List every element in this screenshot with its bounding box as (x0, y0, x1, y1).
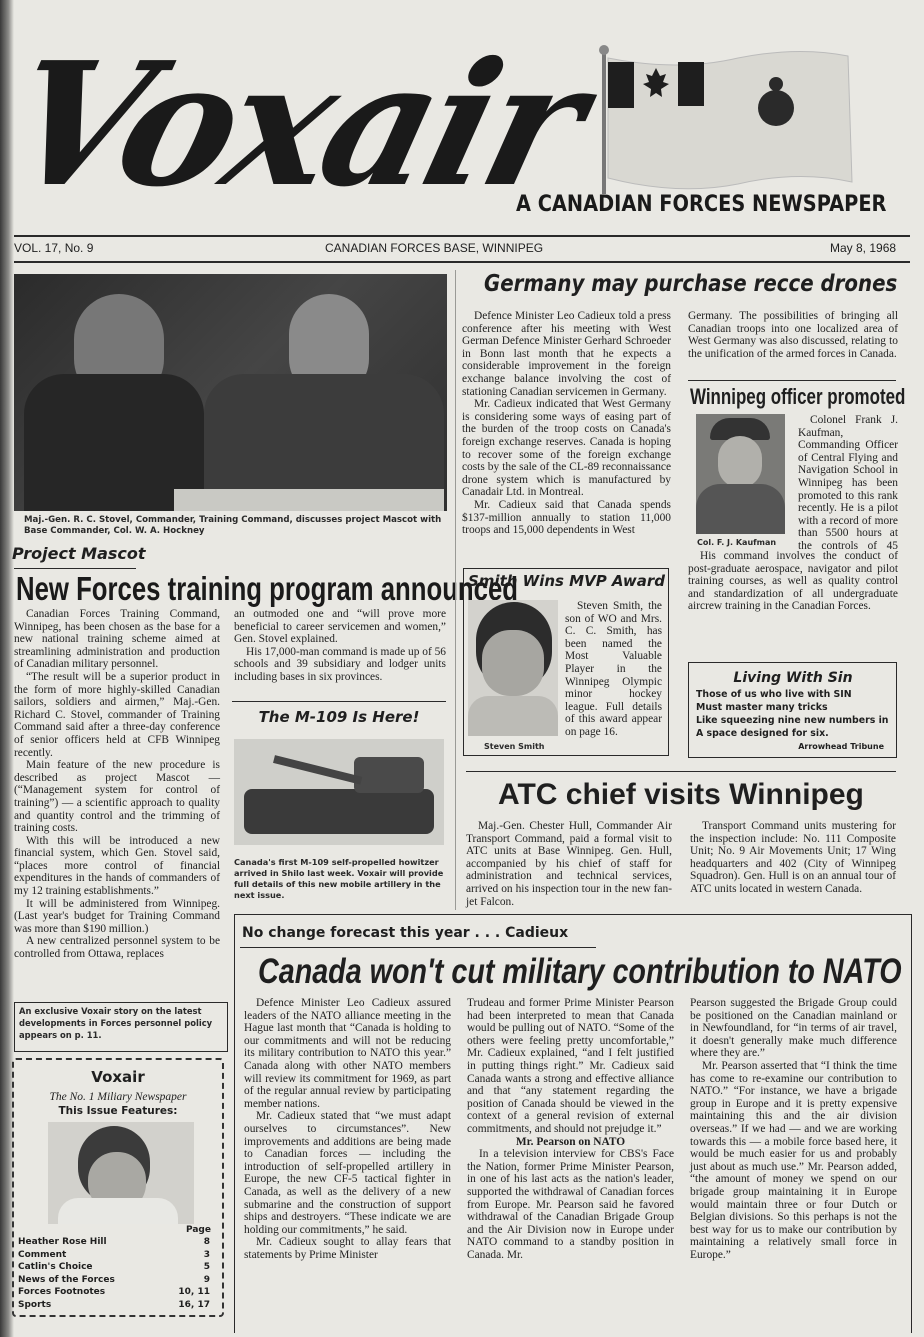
officer-photo (696, 414, 785, 534)
mascot-column-2: an outmoded one and “will prove more ben… (234, 608, 446, 684)
masthead-rule-top (14, 235, 910, 237)
paragraph: Steven Smith, the son of WO and Mrs. C. … (565, 600, 662, 739)
nato-headline: Canada won't cut military contribution t… (258, 952, 902, 992)
atc-rule (466, 771, 896, 772)
paragraph: Germany. The possibilities of bringing a… (688, 310, 898, 360)
poem-line: A space designed for six. (696, 727, 892, 740)
exclusive-story-text: An exclusive Voxair story on the latest … (19, 1005, 223, 1041)
index-item-page: 8 (204, 1236, 210, 1249)
drones-headline: Germany may purchase recce drones (484, 271, 897, 297)
nato-column-1: Defence Minister Leo Cadieux assured lea… (244, 997, 451, 1261)
drones-column-1: Defence Minister Leo Cadieux told a pres… (462, 310, 671, 537)
index-page-label: Page (186, 1225, 211, 1235)
paragraph: Mr. Cadieux said that Canada spends $137… (462, 499, 671, 537)
paragraph: “The result will be a superior product i… (14, 671, 220, 759)
poem-line: Like squeezing nine new numbers in (696, 714, 892, 727)
nato-column-2: Trudeau and former Prime Minister Pearso… (467, 997, 674, 1261)
atc-column-1: Maj.-Gen. Chester Hull, Commander Air Tr… (466, 820, 672, 908)
officer-headline: Winnipeg officer promoted (690, 384, 905, 410)
officer-text-wrap: Colonel Frank J. Kaufman, Commanding Off… (798, 414, 898, 550)
nato-kicker: No change forecast this year . . . Cadie… (242, 925, 568, 941)
paragraph: Main feature of the new procedure is des… (14, 759, 220, 835)
mvp-photo (468, 600, 558, 736)
m109-photo (234, 739, 444, 845)
paragraph: His 17,000-man command is made up of 56 … (234, 646, 446, 684)
masthead-tagline: A CANADIAN FORCES NEWSPAPER (516, 192, 886, 217)
paragraph: an outmoded one and “will prove more ben… (234, 608, 446, 646)
paragraph: His command involves the conduct of post… (688, 550, 898, 613)
paragraph: Defence Minister Leo Cadieux assured lea… (244, 997, 451, 1110)
mvp-headline: Smith Wins MVP Award (468, 572, 665, 590)
index-item: Heather Rose Hill8 (18, 1236, 210, 1249)
index-item-page: 16, 17 (178, 1299, 210, 1312)
index-item-label: Catlin's Choice (18, 1261, 93, 1274)
nato-kicker-rule (240, 947, 596, 948)
officer-photo-caption: Col. F. J. Kaufman (697, 537, 776, 548)
m109-headline: The M-109 Is Here! (232, 708, 446, 726)
masthead-logo: Voxair (0, 40, 595, 210)
index-item-page: 5 (204, 1261, 210, 1274)
index-item: Comment3 (18, 1249, 210, 1262)
paragraph: Mr. Pearson asserted that “I think the t… (690, 1060, 897, 1262)
paragraph: Transport Command units mustering for th… (690, 820, 896, 896)
index-item-label: News of the Forces (18, 1274, 115, 1287)
m109-rule (232, 701, 446, 702)
index-item: Catlin's Choice5 (18, 1261, 210, 1274)
paragraph: It will be administered from Winnipeg. (… (14, 898, 220, 936)
poem-source: Arrowhead Tribune (688, 740, 884, 753)
nato-column-3: Pearson suggested the Brigade Group coul… (690, 997, 897, 1261)
mascot-headline: New Forces training program announced (16, 570, 518, 608)
index-item-label: Comment (18, 1249, 66, 1262)
index-item: News of the Forces9 (18, 1274, 210, 1287)
flag-icon (598, 44, 858, 194)
paragraph: Defence Minister Leo Cadieux told a pres… (462, 310, 671, 398)
paragraph: Pearson suggested the Brigade Group coul… (690, 997, 897, 1060)
mascot-kicker: Project Mascot (12, 544, 146, 563)
mascot-kicker-rule (14, 568, 136, 569)
dateline-location: CANADIAN FORCES BASE, WINNIPEG (325, 241, 543, 255)
mvp-text: Steven Smith, the son of WO and Mrs. C. … (565, 600, 662, 739)
nato-subhead: Mr. Pearson on NATO (467, 1136, 674, 1149)
index-subtitle: The No. 1 Miliary Newspaper (14, 1091, 222, 1103)
m109-caption: Canada's first M-109 self-propelled howi… (234, 857, 446, 901)
index-features-label: This Issue Features: (14, 1105, 222, 1117)
atc-headline: ATC chief visits Winnipeg (498, 778, 864, 812)
atc-column-2: Transport Command units mustering for th… (690, 820, 896, 896)
index-title: Voxair (14, 1068, 222, 1086)
index-item-page: 10, 11 (178, 1286, 210, 1299)
index-item: Forces Footnotes10, 11 (18, 1286, 210, 1299)
poem-line: Must master many tricks (696, 701, 892, 714)
lead-photo (14, 274, 447, 511)
paragraph: In a television interview for CBS's Face… (467, 1148, 674, 1261)
index-item-label: Forces Footnotes (18, 1286, 105, 1299)
index-item-label: Sports (18, 1299, 51, 1312)
mvp-photo-caption: Steven Smith (484, 741, 545, 752)
index-item: Sports16, 17 (18, 1299, 210, 1312)
masthead-rule-bottom (14, 261, 910, 263)
paragraph: Mr. Cadieux stated that “we must adapt o… (244, 1110, 451, 1236)
column-divider (455, 270, 456, 910)
paragraph: Mr. Cadieux indicated that West Germany … (462, 398, 671, 499)
lead-photo-caption: Maj.-Gen. R. C. Stovel, Commander, Train… (24, 515, 448, 537)
officer-text-full: His command involves the conduct of post… (688, 550, 898, 613)
paragraph: Maj.-Gen. Chester Hull, Commander Air Tr… (466, 820, 672, 908)
poem-line: Those of us who live with SIN (696, 688, 892, 701)
paragraph: Canadian Forces Training Command, Winnip… (14, 608, 220, 671)
poem-lines: Those of us who live with SIN Must maste… (696, 688, 892, 740)
index-boy-photo (48, 1122, 194, 1224)
drones-column-2: Germany. The possibilities of bringing a… (688, 310, 898, 360)
officer-rule (688, 380, 896, 381)
poem-title: Living With Sin (688, 670, 898, 686)
index-item-page: 9 (204, 1274, 210, 1287)
paragraph: Trudeau and former Prime Minister Pearso… (467, 997, 674, 1136)
volume-number: VOL. 17, No. 9 (14, 241, 93, 255)
paragraph: Colonel Frank J. Kaufman, Commanding Off… (798, 414, 898, 550)
index-item-label: Heather Rose Hill (18, 1236, 107, 1249)
exclusive-story-box: An exclusive Voxair story on the latest … (14, 1002, 228, 1052)
paragraph: A new centralized personnel system to be… (14, 935, 220, 960)
issue-date: May 8, 1968 (830, 241, 896, 255)
index-list: Heather Rose Hill8 Comment3 Catlin's Cho… (18, 1236, 210, 1311)
paragraph: Mr. Cadieux sought to allay fears that s… (244, 1236, 451, 1261)
index-item-page: 3 (204, 1249, 210, 1262)
mascot-column-1: Canadian Forces Training Command, Winnip… (14, 608, 220, 961)
paragraph: With this will be introduced a new finan… (14, 835, 220, 898)
